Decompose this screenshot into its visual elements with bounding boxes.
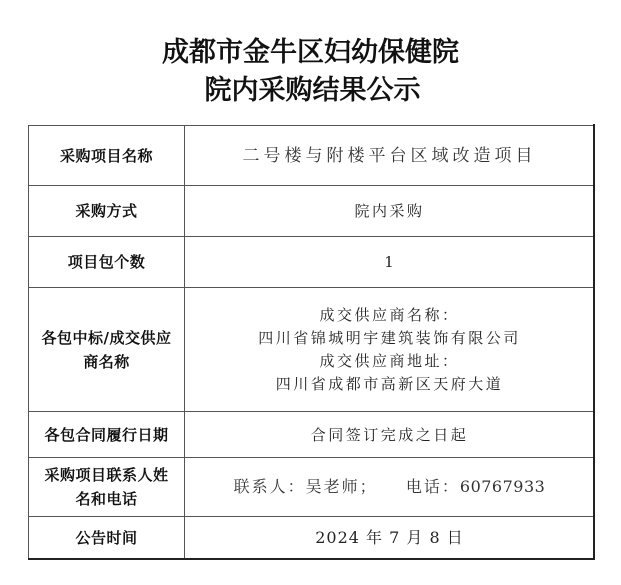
supplier-address-label: 成交供应商地址： <box>185 350 594 373</box>
label-project-name: 采购项目名称 <box>29 126 185 186</box>
label-contract-date: 各包合同履行日期 <box>29 412 185 458</box>
table-right-border <box>593 124 595 560</box>
title-notice-type: 院内采购结果公示 <box>2 72 621 110</box>
table-row-package-count: 项目包个数 1 <box>29 237 595 288</box>
label-supplier-line2: 商名称 <box>29 350 184 374</box>
title-hospital-name: 成都市金牛区妇幼保健院 <box>0 34 621 72</box>
label-procurement-method: 采购方式 <box>29 186 185 237</box>
value-supplier: 成交供应商名称： 四川省锦城明宇建筑装饰有限公司 成交供应商地址： 四川省成都市… <box>185 288 595 412</box>
label-supplier: 各包中标/成交供应 商名称 <box>29 288 185 412</box>
table-row-contact: 采购项目联系人姓 名和电话 联系人：吴老师； 电话：60767933 <box>29 458 595 517</box>
table-row-announcement-date: 公告时间 2024 年 7 月 8 日 <box>29 517 595 560</box>
value-contact: 联系人：吴老师； 电话：60767933 <box>185 458 595 517</box>
table-row-supplier: 各包中标/成交供应 商名称 成交供应商名称： 四川省锦城明宇建筑装饰有限公司 成… <box>29 288 595 412</box>
value-project-name: 二号楼与附楼平台区域改造项目 <box>185 126 595 186</box>
label-contact-line2: 名和电话 <box>29 487 184 511</box>
label-supplier-line1: 各包中标/成交供应 <box>29 326 184 350</box>
supplier-address: 四川省成都市高新区天府大道 <box>185 373 594 396</box>
contact-label: 联系人： <box>234 477 306 496</box>
label-package-count: 项目包个数 <box>29 237 185 288</box>
value-announcement-date: 2024 年 7 月 8 日 <box>185 517 595 560</box>
value-procurement-method: 院内采购 <box>185 186 595 237</box>
label-contact-line1: 采购项目联系人姓 <box>29 463 184 487</box>
label-announcement-date: 公告时间 <box>29 517 185 560</box>
table-row-contract-date: 各包合同履行日期 合同签订完成之日起 <box>29 412 595 458</box>
supplier-name: 四川省锦城明宇建筑装饰有限公司 <box>185 327 594 350</box>
phone-number: 60767933 <box>460 477 545 496</box>
table-row-project-name: 采购项目名称 二号楼与附楼平台区域改造项目 <box>29 126 595 186</box>
value-contract-date: 合同签订完成之日起 <box>185 412 595 458</box>
value-package-count: 1 <box>185 237 595 288</box>
procurement-result-table: 采购项目名称 二号楼与附楼平台区域改造项目 采购方式 院内采购 项目包个数 1 … <box>28 125 595 560</box>
phone-label: 电话： <box>406 477 460 496</box>
label-contact: 采购项目联系人姓 名和电话 <box>29 458 185 517</box>
supplier-name-label: 成交供应商名称： <box>185 304 594 327</box>
contact-name: 吴老师； <box>306 477 378 496</box>
table-bottom-border <box>28 558 595 560</box>
table-row-procurement-method: 采购方式 院内采购 <box>29 186 595 237</box>
document-title: 成都市金牛区妇幼保健院 院内采购结果公示 <box>0 34 621 110</box>
